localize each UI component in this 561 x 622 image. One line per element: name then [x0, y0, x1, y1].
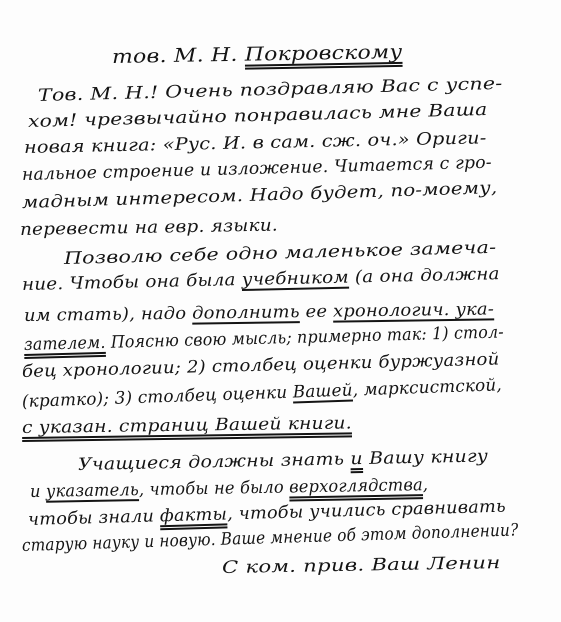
letter-line: мадным интересом. Надо будет, по-моему, [22, 178, 498, 213]
text-segment: и [30, 482, 46, 502]
text-segment: (кратко); 3) столбец оценки [22, 383, 293, 412]
text-segment: С ком. прив. [222, 555, 372, 578]
letter-line: перевести на евр. языки. [20, 215, 278, 239]
underlined-text: зателем. [24, 333, 106, 355]
text-segment: мадным интересом. Надо будет, по-моему, [22, 178, 498, 213]
text-segment: Поясню свою мысль; примерно так: 1) стол… [105, 322, 504, 352]
letter-line: ние. Чтобы она была учебником (а она дол… [22, 264, 500, 295]
underlined-text: верхоглядства [289, 475, 423, 497]
underlined-text: и [350, 449, 363, 469]
text-segment: им стать), надо [24, 304, 192, 326]
text-segment: , марксистской, [352, 375, 502, 400]
text-segment: Ленин [420, 553, 500, 574]
letter-line: (кратко); 3) столбец оценки Вашей, маркс… [22, 375, 503, 412]
letter-signature: С ком. прив. Ваш Ленин [222, 553, 501, 578]
letter-line: хом! чрезвычайно понравилась мне Ваша [28, 100, 488, 132]
text-segment: Учащиеся должны знать [78, 449, 351, 475]
underlined-text: факты [160, 504, 228, 526]
text-segment: ее [300, 302, 334, 322]
text-segment: ние. Чтобы она была [22, 270, 242, 295]
letter-line: зателем. Поясню свою мысль; примерно так… [24, 322, 504, 355]
text-segment: перевести на евр. языки. [20, 215, 278, 239]
letter-heading: тов. М. Н. Покровскому [112, 41, 403, 68]
text-segment: , чтобы не было [139, 477, 290, 500]
text-segment: Ваш [371, 555, 420, 576]
underlined-text: дополнить [192, 302, 300, 323]
text-segment: (а она должна [349, 264, 500, 287]
text-segment: хом! чрезвычайно понравилась мне Ваша [28, 100, 488, 132]
letter-page: тов. М. Н. ПокровскомуТов. М. Н.! Очень … [0, 0, 561, 622]
text-segment: Вашу книгу [363, 446, 489, 469]
text-segment: чтобы знали [28, 506, 160, 530]
letter-line: и указатель, чтобы не было верхоглядства… [30, 475, 429, 502]
underlined-text: указатель [46, 480, 139, 502]
text-segment: новая книга: «Рус. И. в сам. сж. оч.» Ор… [24, 128, 487, 158]
text-segment: тов. М. Н. [112, 44, 245, 68]
underlined-text: хронологич. ука- [333, 299, 494, 321]
letter-line: новая книга: «Рус. И. в сам. сж. оч.» Ор… [24, 128, 487, 158]
text-segment: , чтобы учились сравнивать [227, 497, 506, 525]
letter-line: им стать), надо дополнить ее хронологич.… [24, 299, 494, 326]
underlined-text: учебником [242, 268, 350, 290]
text-segment: , [423, 475, 429, 495]
text-segment: Позволю себе одно маленькое замеча- [64, 238, 497, 269]
underlined-text: Вашей [292, 380, 353, 402]
letter-line: Позволю себе одно маленькое замеча- [64, 238, 497, 269]
letter-line: Учащиеся должны знать и Вашу книгу [78, 446, 488, 475]
underlined-text: с указан. страниц Вашей книги. [22, 413, 352, 438]
letter-line: с указан. страниц Вашей книги. [22, 413, 352, 438]
underlined-text: Покровскому [245, 41, 403, 66]
